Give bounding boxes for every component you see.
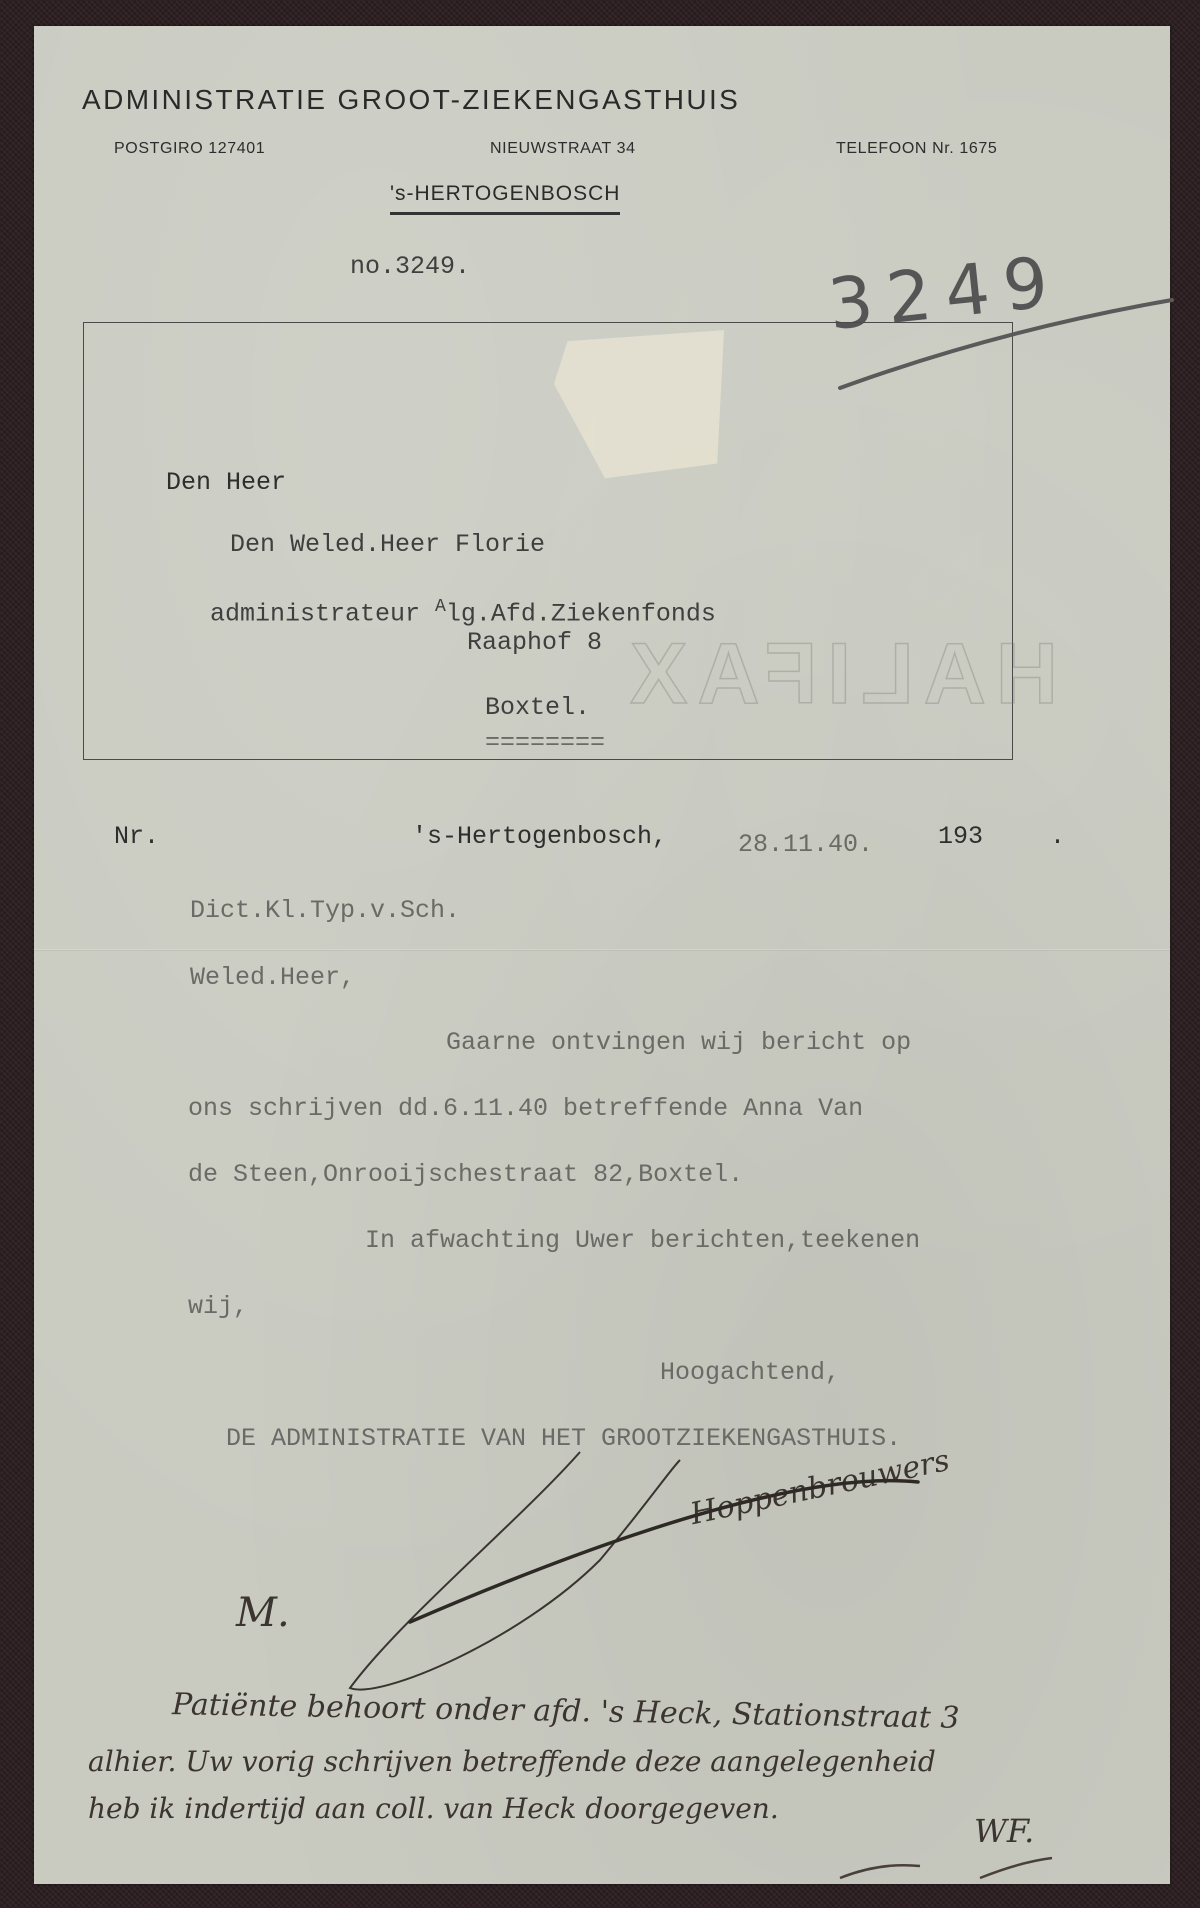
handwritten-note-line-2: alhier. Uw vorig schrijven betreffende d… xyxy=(88,1745,936,1778)
dateline-date: 28.11.40. xyxy=(738,830,873,859)
addressee-role-prefix: administrateur xyxy=(210,599,435,628)
dateline-period: . xyxy=(1050,822,1065,851)
body-line-5: wij, xyxy=(188,1292,248,1321)
valediction: Hoogachtend, xyxy=(660,1358,840,1387)
letterhead-address: NIEUWSTRAAT 34 xyxy=(490,140,636,158)
initial-mark: M. xyxy=(236,1590,290,1636)
letterhead-city: 's-HERTOGENBOSCH xyxy=(390,182,620,215)
addressee-name: Den Weled.Heer Florie xyxy=(230,530,545,559)
watermark: HALIFAX xyxy=(620,625,1058,724)
letterhead-organization: ADMINISTRATIE GROOT-ZIEKENGASTHUIS xyxy=(82,84,740,116)
dateline-place: 's-Hertogenbosch, xyxy=(412,822,667,851)
body-line-2: ons schrijven dd.6.11.40 betreffende Ann… xyxy=(188,1094,863,1123)
addressee-role: administrateur Alg.Afd.Ziekenfonds xyxy=(210,597,716,628)
body-line-1: Gaarne ontvingen wij bericht op xyxy=(446,1028,911,1057)
addressee-role-superscript: A xyxy=(435,597,446,617)
reference-number: no.3249. xyxy=(350,252,470,281)
dateline-year-prefix: 193 xyxy=(938,822,983,851)
letterhead-telephone: TELEFOON Nr. 1675 xyxy=(836,140,997,158)
nr-label: Nr. xyxy=(114,822,159,851)
addressee-underline: ======== xyxy=(485,728,605,757)
body-line-3: de Steen,Onrooijschestraat 82,Boxtel. xyxy=(188,1160,743,1189)
handwritten-initials: WF. xyxy=(974,1812,1034,1850)
body-line-4: In afwachting Uwer berichten,teekenen xyxy=(365,1226,920,1255)
letterhead-postgiro: POSTGIRO 127401 xyxy=(114,140,265,158)
addressee-role-rest: lg.Afd.Ziekenfonds xyxy=(446,599,716,628)
fold-crease xyxy=(34,949,1170,951)
addressee-salutation: Den Heer xyxy=(166,468,286,497)
handwritten-note-line-3: heb ik indertijd aan coll. van Heck door… xyxy=(88,1792,779,1825)
greeting: Weled.Heer, xyxy=(190,963,355,992)
addressee-town: Boxtel. xyxy=(485,693,590,722)
dictation-reference: Dict.Kl.Typ.v.Sch. xyxy=(190,896,460,925)
addressee-street: Raaphof 8 xyxy=(467,628,602,657)
signatory: DE ADMINISTRATIE VAN HET GROOTZIEKENGAST… xyxy=(226,1424,901,1453)
